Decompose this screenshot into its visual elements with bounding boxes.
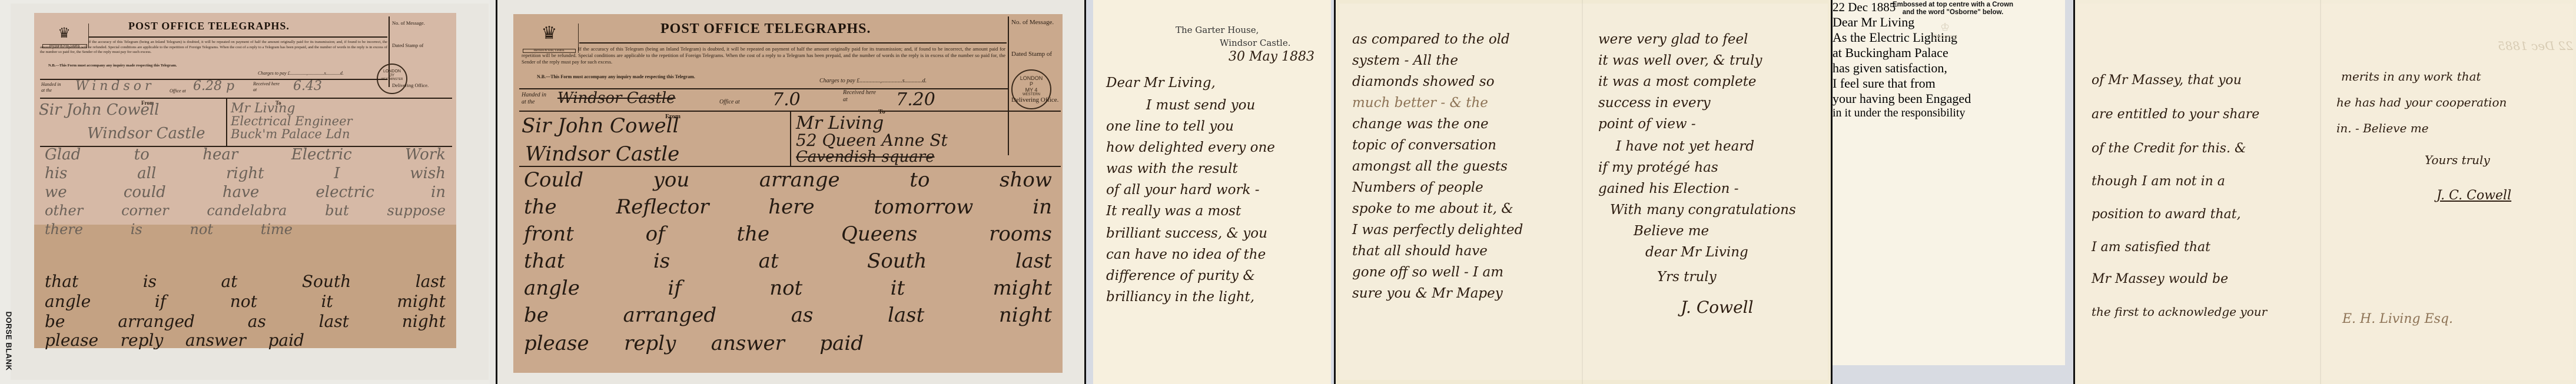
signature: J. C. Cowell [2436,188,2573,203]
word: suppose [387,202,445,219]
word: might [397,292,446,311]
message-row: wecouldhaveelectricin [34,183,456,201]
letterhead-line-2: Windsor Castle. [1220,38,1290,48]
postmark-line: LONDON [378,69,406,74]
letter-paper: ♔ Osborne 22 Dec 1885 Dear Mr Living As … [1833,0,2065,365]
word: at [759,249,779,273]
letter-line: was with the result [1106,161,1331,176]
word: his [45,165,67,182]
message-row: angleifnotitmight [34,292,456,311]
letter-paper: The Garter House, Windsor Castle. 30 May… [1093,0,1331,384]
closing: in. - Believe me [2336,121,2573,135]
word: angle [524,276,580,300]
dorse-blank-text: DORSE BLANK [5,312,14,371]
word: have [223,183,259,201]
word: in [1033,195,1052,219]
telegram-panel-2: ♛ Harrison & Sons, London. POST OFFICE T… [498,0,1084,384]
letter-line: I must send you [1146,98,1331,113]
received-time-value: 6.43 [293,79,322,94]
word: it [321,292,333,311]
word: Work [405,146,446,163]
received-time-value: 7.20 [896,89,935,110]
letter-line: he has had your cooperation [2336,95,2573,109]
word: please [45,330,98,350]
word: be [524,303,549,327]
word: Electric [291,146,352,163]
vrule [790,111,791,166]
letter-line: how delighted every one [1106,140,1331,155]
page-fold [2320,0,2321,384]
telegram-form: ♛ Harrison & Sons, London. POST OFFICE T… [513,14,1063,373]
letter-line: one line to tell you [1106,119,1331,134]
word: it [891,276,905,300]
word: as [791,303,814,327]
word: of [646,222,665,246]
emboss-text: Osborne [1933,34,1957,41]
letter-line: With many congratulations [1610,202,1828,218]
message-row: angleifnotitmight [513,276,1063,300]
message-row: hisallrightIwish [34,165,456,182]
word: South [302,272,351,291]
word: the [737,222,770,246]
letter-line: It really was a most [1106,203,1331,219]
addressee: E. H. Living Esq. [2342,312,2573,326]
word: electric [316,183,374,201]
rule [519,166,1061,167]
office-time-value: 7.0 [772,89,801,110]
word: rooms [989,222,1052,246]
word: arranged [118,312,195,331]
caption-line-1: Embossed at top centre with a Crown [1833,1,2073,9]
message-row: pleasereplyanswerpaid [513,332,874,355]
charges-to-pay: Charges to pay £..............,.........… [819,78,927,84]
letter-line: I am satisfied that [2092,240,2573,255]
word: we [45,183,67,201]
letter-2-pages-2-3: 22 Dec 1885 of Mr Massey, that you are e… [2075,0,2576,384]
message-row: frontoftheQueensrooms [513,222,1063,246]
form-nb: N.B.—This Form must accompany any inquir… [48,64,177,68]
from-address: Windsor Castle [87,125,205,142]
dorse-blank-label: DORSE BLANK [2,306,15,376]
word: answer [185,330,246,350]
embossed-crown: ♔ Osborne [1933,21,1957,41]
received-label: Received here at [843,89,878,103]
message-row: theReflectorheretomorrowin [513,195,1063,219]
word: last [416,272,446,291]
postmark-stamp: LONDON P MY 4 WESTERN [1011,69,1051,109]
word: that [524,249,565,273]
word: paid [819,332,864,355]
emboss-caption: Embossed at top centre with a Crown and … [1833,1,2073,16]
letter-line: brilliancy in the light, [1106,289,1331,305]
office-time-value: 6.28 p [193,79,234,94]
word: candelabra [207,202,287,219]
message-row: GladtohearElectricWork [34,146,456,163]
letter-line: success in every [1598,95,1828,111]
word: South [867,249,927,273]
from-name: Sir John Cowell [522,114,679,138]
word: all [137,165,156,182]
telegram-form: ♛ Harrison & Sons, London. POST OFFICE T… [34,13,456,348]
letter-line: it was a most complete [1598,74,1828,89]
message-row: Couldyouarrangetoshow [513,168,1063,192]
word: Queens [841,222,917,246]
message-row: thatisatSouthlast [34,272,456,291]
word: to [909,168,930,192]
letter-line: point of view - [1598,116,1828,132]
charges-to-pay: Charges to pay £..............,.........… [258,71,344,76]
closing: Believe me [1634,223,1828,239]
page-fold [1582,0,1583,384]
word: Could [524,168,583,192]
letter-line: Mr Massey would be [2092,272,2573,286]
office-at-label: Office at [719,99,740,105]
word: front [524,222,574,246]
no-of-message: No. of Message. [1011,19,1054,26]
letter-line: of all your hard work - [1106,182,1331,198]
to-line-2: 52 Queen Anne St [796,131,948,150]
letter-line: difference of purity & [1106,268,1331,283]
caption-line-2: and the word "Osborne" below. [1833,9,2073,16]
rule [88,36,387,38]
word: the [524,195,557,219]
letter-line: I have not yet heard [1616,139,1828,154]
postmark-line: LONDON [1013,75,1050,81]
form-title: POST OFFICE TELEGRAPHS. [660,21,871,37]
handed-in-label: Handed in at the [522,92,551,106]
dated-stamp-label: Dated Stamp of [1011,51,1052,58]
letter-date: 30 May 1883 [1229,49,1331,64]
postmark-line: MY 4 [1013,87,1050,93]
word: not [230,292,257,311]
word: at [221,272,237,291]
word: in [431,183,446,201]
handed-in-at-value: Windsor [75,79,155,94]
postmark-line: WESTERN [1013,93,1050,96]
received-label: Received here at [253,81,283,93]
closing: dear Mr Living [1645,245,1828,260]
word: corner [121,202,169,219]
letter-line: gained his Election - [1598,181,1828,196]
word: Reflector [616,195,709,219]
telegram-panel-1: DORSE BLANK ♛ Harrison & Sons, London. P… [0,0,490,384]
word: last [888,303,924,327]
word: reply [624,332,676,355]
form-title: POST OFFICE TELEGRAPHS. [128,20,290,32]
word: as [248,312,266,331]
word: could [124,183,166,201]
rule [40,98,452,99]
crown-icon: ♔ [1933,21,1957,34]
vrule [1008,16,1009,155]
letter-paper: 22 Dec 1885 of Mr Massey, that you are e… [2077,4,2573,380]
dated-stamp-label: Dated Stamp of [392,42,423,48]
word: not [769,276,802,300]
word: hear [203,146,238,163]
letter-line: can have no idea of the [1106,247,1331,262]
word: reply [121,330,164,350]
form-nb: N.B.—This Form must accompany any inquir… [537,74,695,79]
word: please [524,332,589,355]
letter-paper: as compared to the old system - All the … [1339,4,1828,380]
word: that [45,272,78,291]
message-row: thatisatSouthlast [513,249,1063,273]
word: is [143,272,157,291]
word: be [45,312,65,331]
word: right [226,165,264,182]
word: arranged [623,303,716,327]
signature: J. Cowell [1681,298,1828,317]
rule [579,42,1007,44]
office-at-label: Office at [170,88,186,94]
closing: Yrs truly [1657,269,1828,285]
word: Glad [45,146,81,163]
form-notice: If the accuracy of this Telegram (being … [522,46,1005,65]
message-row: thereisnottime [34,221,303,238]
word: is [131,221,142,238]
message-row: pleasereplyanswerpaid [34,330,315,350]
word: I [334,165,340,182]
word: arrange [759,168,840,192]
postmark-line: JY [378,74,406,78]
word: paid [268,330,304,350]
form-notice: If the accuracy of this Telegram (being … [40,40,387,55]
letter-line: brilliant success, & you [1106,226,1331,241]
word: might [993,276,1052,300]
word: night [402,312,446,331]
word: wish [410,165,446,182]
letter-line: I feel sure that from [1833,76,2065,91]
word: show [1000,168,1052,192]
from-name: Sir John Cowell [39,101,159,119]
word: angle [45,292,91,311]
postmark-line: P [1013,81,1050,87]
word: but [325,202,348,219]
letter-1-pages-2-3: as compared to the old system - All the … [1336,0,1831,384]
word: here [768,195,814,219]
letter-line: position to award that, [2092,207,2573,222]
word: tomorrow [874,195,973,219]
letter-2-page-1: Embossed at top centre with a Crown and … [1833,0,2073,384]
letter-line: if my protégé has [1598,160,1828,175]
show-through-date: 22 Dec 1885 [2095,39,2573,53]
to-line-3: Buck'm Palace Ldn [231,127,350,141]
letter-line: were very glad to feel [1598,32,1828,47]
letter-line: merits in any work that [2341,69,2573,84]
word: is [653,249,670,273]
to-line-3: Cavendish square [796,148,935,166]
letter-line: has given satisfaction, [1833,61,2065,76]
panel-divider [496,0,497,384]
letterhead-line-1: The Garter House, [1176,25,1259,35]
handed-in-label: Handed in at the [41,82,65,94]
message-row: bearrangedaslastnight [34,312,456,331]
word: time [261,221,293,238]
word: to [134,146,150,163]
letter-line: your having been Engaged [1833,91,2065,106]
word: other [45,202,83,219]
word: you [653,168,690,192]
closing: Yours truly [2425,153,2573,167]
letter-line: it was well over, & truly [1598,53,1828,68]
crest-icon: ♛ [524,25,575,42]
salutation: Dear Mr Living, [1106,75,1331,91]
letter-1-page-1: The Garter House, Windsor Castle. 30 May… [1086,0,1334,384]
word: not [190,221,213,238]
vrule [226,98,227,146]
word: if [668,276,681,300]
letter-line: in it under the responsibility [1833,106,2065,120]
message-row: bearrangedaslastnight [513,303,1063,327]
to-line-2: Electrical Engineer [231,114,353,128]
word: night [999,303,1052,327]
from-address: Windsor Castle [525,142,679,166]
word: last [1015,249,1052,273]
word: last [319,312,349,331]
letter-line: at Buckingham Palace [1833,45,2065,61]
word: answer [711,332,785,355]
message-row: othercornercandelabrabutsuppose [34,202,456,219]
no-of-message: No. of Message. [392,20,425,26]
word: there [45,221,83,238]
word: if [155,292,166,311]
handed-in-at-value: Windsor Castle [557,89,676,107]
letter-line: though I am not in a [2092,174,2573,189]
